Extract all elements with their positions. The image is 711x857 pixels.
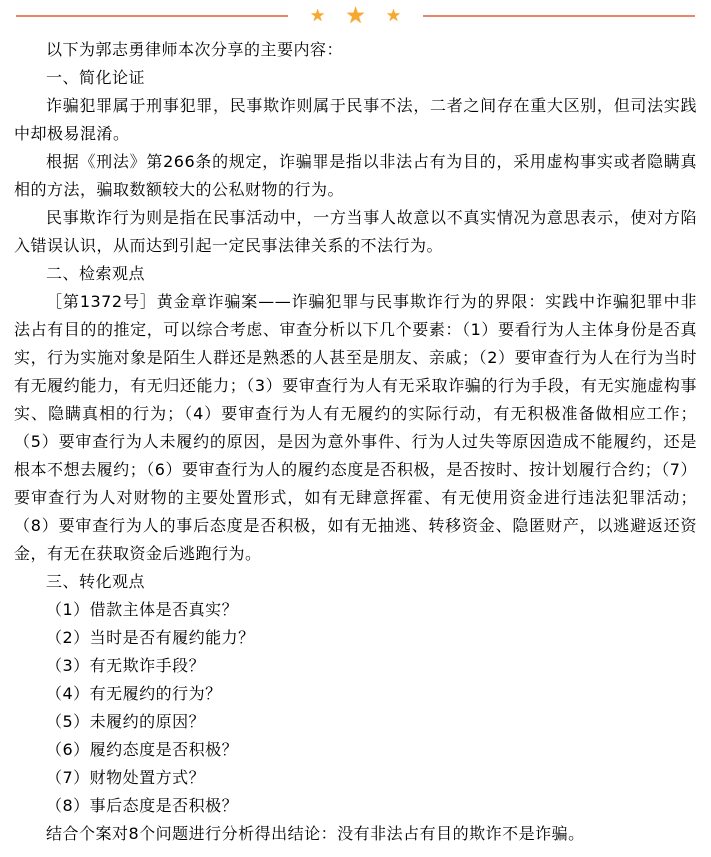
- body-paragraph: 根据《刑法》第266条的规定，诈骗罪是指以非法占有为目的，采用虚构事实或者隐瞒真…: [14, 148, 697, 204]
- star-icon: ★: [386, 8, 401, 25]
- body-paragraph: ［第1372号］黄金章诈骗案——诈骗犯罪与民事欺诈行为的界限：实践中诈骗犯罪中非…: [14, 288, 697, 568]
- list-item: （3）有无欺诈手段？: [14, 652, 697, 680]
- header-divider: ★ ★ ★: [16, 0, 695, 32]
- article-page: ★ ★ ★ 以下为郭志勇律师本次分享的主要内容： 一、简化论证 诈骗犯罪属于刑事…: [0, 0, 711, 857]
- star-icon: ★: [345, 5, 366, 28]
- divider-line-left: [16, 15, 288, 17]
- star-icon: ★: [310, 8, 325, 25]
- body-paragraph: 诈骗犯罪属于刑事犯罪，民事欺诈则属于民事不法，二者之间存在重大区别，但司法实践中…: [14, 92, 697, 148]
- article-body: 以下为郭志勇律师本次分享的主要内容： 一、简化论证 诈骗犯罪属于刑事犯罪，民事欺…: [14, 36, 697, 848]
- list-item: （8）事后态度是否积极？: [14, 792, 697, 820]
- conclusion-line: 结合个案对8个问题进行分析得出结论：没有非法占有目的欺诈不是诈骗。: [14, 820, 697, 848]
- section-heading-2: 二、检索观点: [14, 260, 697, 288]
- list-item: （5）未履约的原因？: [14, 708, 697, 736]
- list-item: （4）有无履约的行为？: [14, 680, 697, 708]
- intro-line: 以下为郭志勇律师本次分享的主要内容：: [14, 36, 697, 64]
- divider-line-right: [423, 15, 695, 17]
- list-item: （2）当时是否有履约能力？: [14, 624, 697, 652]
- section-heading-1: 一、简化论证: [14, 64, 697, 92]
- list-item: （7）财物处置方式？: [14, 764, 697, 792]
- list-item: （6）履约态度是否积极？: [14, 736, 697, 764]
- section-heading-3: 三、转化观点: [14, 568, 697, 596]
- body-paragraph: 民事欺诈行为则是指在民事活动中，一方当事人故意以不真实情况为意思表示，使对方陷入…: [14, 204, 697, 260]
- list-item: （1）借款主体是否真实？: [14, 596, 697, 624]
- star-ornament: ★ ★ ★: [288, 5, 423, 28]
